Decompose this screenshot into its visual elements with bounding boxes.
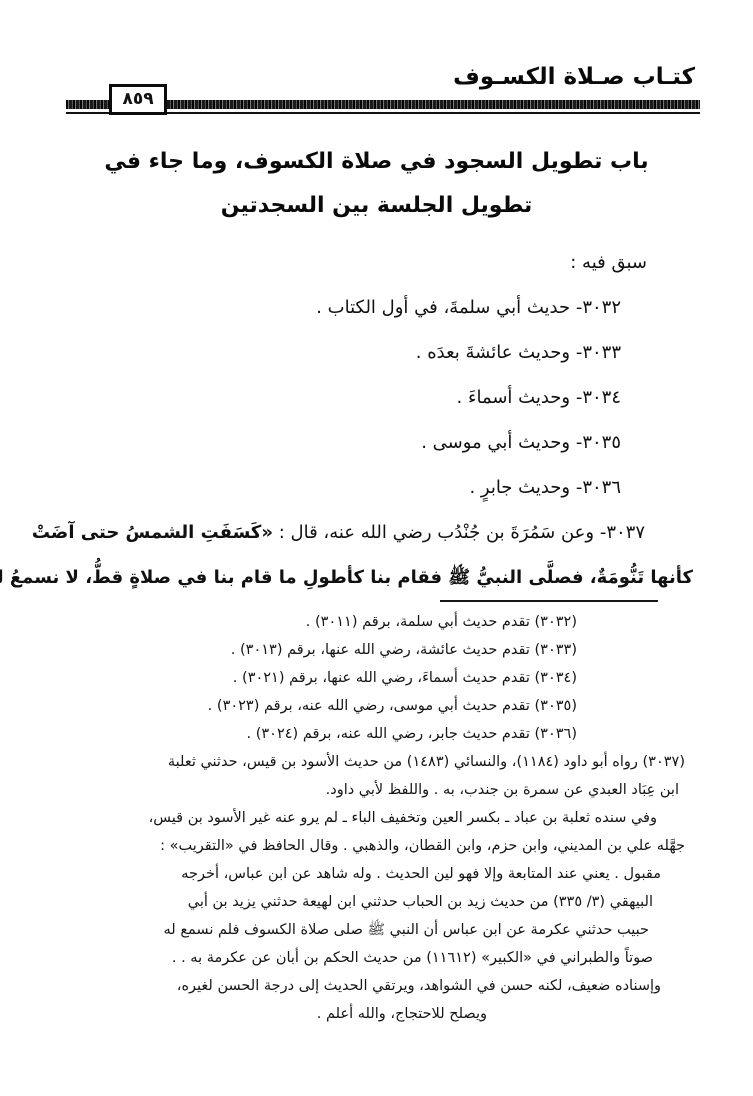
chapter-title: باب تطويل السجود في صلاة الكسوف، وما جاء… <box>40 140 713 228</box>
footnotes-block: (٣٠٣٢) تقدم حديث أبي سلمة، برقم (٣٠١١) .… <box>52 608 685 1028</box>
footnote-line: وفي سنده ثعلبة بن عباد ـ بكسر العين وتخف… <box>52 804 685 832</box>
body-intro-line: سبق فيه : <box>60 240 693 285</box>
footnote-line: ابن عِبَاد العبدي عن سمرة بن جندب، به . … <box>52 776 685 804</box>
chapter-title-line1: باب تطويل السجود في صلاة الكسوف، وما جاء… <box>40 140 713 184</box>
hadith-isnad: ٣٠٣٧- وعن سَمُرَةَ بن جُنْدُب رضي الله ع… <box>273 522 645 543</box>
footnote-line: جهَّله علي بن المديني، وابن حزم، وابن ال… <box>52 832 685 860</box>
footnote-line: (٣٠٣٥) تقدم حديث أبي موسى، رضي الله عنه،… <box>52 692 685 720</box>
footnote-line: (٣٠٣٦) تقدم حديث جابر، رضي الله عنه، برق… <box>52 720 685 748</box>
footnote-line: (٣٠٣٣) تقدم حديث عائشة، رضي الله عنها، ب… <box>52 636 685 664</box>
chapter-title-line2: تطويل الجلسة بين السجدتين <box>40 184 713 228</box>
footnote-line: البيهقي (٣/ ٣٣٥) من حديث زيد بن الحباب ح… <box>52 888 685 916</box>
hadith-list-item: ٣٠٣٤- وحديث أسماءَ . <box>60 375 693 420</box>
book-title: كتـاب صـلاة الكسـوف <box>453 64 695 90</box>
footnote-line: مقبول . يعني عند المتابعة وإلا فهو لين ا… <box>52 860 685 888</box>
footnote-line: ويصلح للاحتجاج، والله أعلم . <box>52 1000 685 1028</box>
hadith-list-item: ٣٠٣٢- حديث أبي سلمةَ، في أول الكتاب . <box>60 285 693 330</box>
body-text: سبق فيه : ٣٠٣٢- حديث أبي سلمةَ، في أول ا… <box>60 240 693 600</box>
footnote-line: (٣٠٣٧) رواه أبو داود (١١٨٤)، والنسائي (١… <box>52 748 685 776</box>
footnote-line: صوتاً والطبراني في «الكبير» (١١٦١٢) من ح… <box>52 944 685 972</box>
page-number-box: ٨٥٩ <box>109 84 167 115</box>
hadith-list-item: ٣٠٣٥- وحديث أبي موسى . <box>60 420 693 465</box>
footnote-line: وإسناده ضعيف، لكنه حسن في الشواهد، ويرتق… <box>52 972 685 1000</box>
footnote-line: (٣٠٣٤) تقدم حديث أسماءَ، رضي الله عنها، … <box>52 664 685 692</box>
hadith-list-item: ٣٠٣٣- وحديث عائشةَ بعدَه . <box>60 330 693 375</box>
footnote-line: حبيب حدثني عكرمة عن ابن عباس أن النبي ﷺ … <box>52 916 685 944</box>
book-page: كتـاب صـلاة الكسـوف ٨٥٩ باب تطويل السجود… <box>0 0 753 1096</box>
hadith-matn-part1: «كَسَفَتِ الشمسُ حتى آضَتْ <box>32 522 273 543</box>
page-number: ٨٥٩ <box>122 91 153 108</box>
footnote-separator <box>440 600 658 602</box>
hadith-3037-line1: ٣٠٣٧- وعن سَمُرَةَ بن جُنْدُب رضي الله ع… <box>60 510 693 555</box>
hadith-3037-line2: كأنها تَنُّومَةٌ، فصلَّى النبيُّ ﷺ فقام … <box>60 555 693 600</box>
footnote-line: (٣٠٣٢) تقدم حديث أبي سلمة، برقم (٣٠١١) . <box>52 608 685 636</box>
hadith-list-item: ٣٠٣٦- وحديث جابرٍ . <box>60 465 693 510</box>
